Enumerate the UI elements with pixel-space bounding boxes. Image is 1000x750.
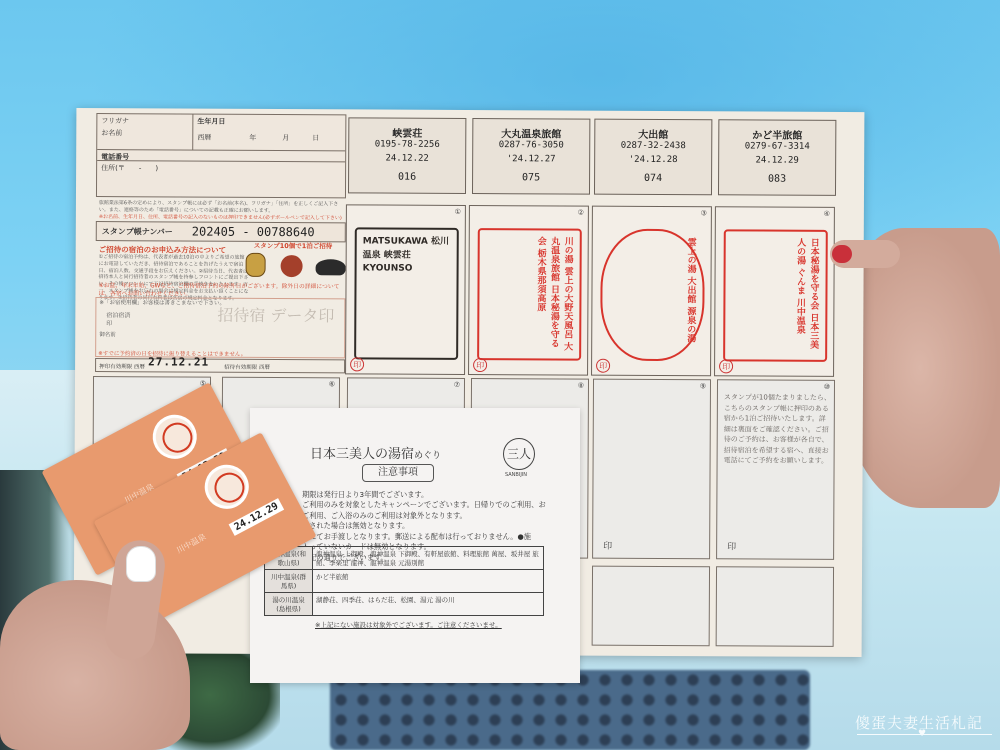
seal-label: 印: [603, 539, 612, 552]
address-field[interactable]: 住所(〒 - ): [97, 161, 345, 198]
stamp-impression: 雲上の湯 大出館 源泉の湯: [600, 229, 705, 362]
bijin-seal-icon: [145, 407, 205, 467]
decorated-nail: [126, 546, 156, 582]
stamp-slot-bottom-2: [716, 566, 834, 647]
inn-name: 大出館: [595, 126, 711, 142]
data-stamp-watermark: 招待宿 データ印: [217, 306, 334, 327]
inn-header-4: かど半旅館0279-67-331424.12.29083: [718, 119, 836, 196]
slot-number: ⑦: [454, 381, 460, 389]
inn-number: 016: [349, 171, 465, 183]
participating-inns-table: 龍神温泉(和歌山県)龍神温泉 上御殿、龍神温泉 下御殿、有軒屋旅館、料理旅館 萬…: [264, 546, 544, 616]
registration-notice: 旅館業法第6条の定めにより、スタンプ帳には必ず「お名前(本名)、フリガナ」「住所…: [99, 200, 345, 222]
coupon-label: 川中温泉: [175, 531, 208, 556]
inn-phone: 0287-76-3050: [473, 140, 589, 151]
expiry-date: 27.12.21: [148, 355, 209, 368]
inn-name: 大丸温泉旅館: [473, 125, 589, 141]
right-hand: [840, 228, 1000, 508]
inn-phone: 0279-67-3314: [719, 141, 835, 152]
inn-number: 083: [719, 173, 835, 185]
stamp-impression: MATSUKAWA 松川温泉 峡雲荘 KYOUNSO: [354, 227, 459, 360]
inn-number: 074: [595, 173, 711, 185]
registration-panel: フリガナ お名前 生年月日 西暦 年 月 日 電話番号 住所(〒 - ) 旅館業…: [95, 113, 346, 374]
seal-mark: 印: [350, 357, 364, 371]
onsen-area: 川中温泉(群馬県): [265, 570, 313, 593]
inn-header-3: 大出館0287-32-2438'24.12.28074: [594, 119, 712, 196]
stamp-slot-3: ③雲上の湯 大出館 源泉の湯印: [591, 206, 712, 377]
slot-number: ①: [455, 208, 461, 216]
slot-number: ⑥: [329, 380, 335, 388]
invitation-note: スタンプが10個たまりましたら、こちらのスタンプ帳に押印のある宿から1泊ご招待い…: [724, 392, 832, 466]
birthdate-field[interactable]: 西暦 年 月 日: [197, 133, 342, 144]
seal-label: 印: [727, 539, 736, 552]
slot-number: ⑨: [700, 382, 706, 390]
promo-icons: [246, 253, 346, 280]
stamp-date: '24.12.27: [473, 154, 589, 165]
stamp-date: 24.12.22: [349, 153, 465, 164]
stamp-slot-4: ④日本秘湯を守る会 日本三美人の湯 ぐんま 川中温泉印: [714, 206, 835, 377]
stamp-slot-bottom-1: [592, 566, 710, 647]
table-row: 湯の川温泉(島根県)湖静荘、四季荘、はらだ荘、松園、湯元 湯の川: [265, 593, 544, 616]
lantern-icon: [246, 253, 266, 277]
inn-header-2: 大丸温泉旅館0287-76-3050'24.12.27075: [472, 118, 590, 195]
notice-footer: ※上記にない施設は対象外でございます。ご注意くださいませ。: [315, 620, 502, 629]
birthdate-label: 生年月日: [197, 117, 225, 127]
slot-number: ②: [578, 209, 584, 217]
onsen-area: 湯の川温泉(島根県): [265, 593, 313, 616]
stamp-slot-9: ⑨印: [592, 379, 711, 560]
stamp-impression: 川の湯 雲上の大野天風呂 大丸温泉旅館 日本秘湯を守る会 栃木県那須高原: [477, 228, 582, 361]
form-divider: [192, 115, 193, 151]
temple-icon: [281, 255, 303, 277]
notice-title: 日本三美人の湯宿めぐり: [310, 443, 441, 462]
notice-line: 示された場合は無効となります。: [302, 521, 572, 531]
slot-number: ③: [701, 209, 707, 217]
stamp-impression: 日本秘湯を守る会 日本三美人の湯 ぐんま 川中温泉: [723, 229, 828, 362]
slot-number: ⑧: [578, 382, 584, 390]
seal-mark: 印: [596, 359, 610, 373]
stamp-date: '24.12.28: [595, 155, 711, 166]
sanbijin-logo-icon: 三人: [503, 438, 535, 470]
red-nail: [832, 245, 852, 263]
inn-list: 湖静荘、四季荘、はらだ荘、松園、湯元 湯の川: [313, 593, 544, 616]
inn-list: 龍神温泉 上御殿、龍神温泉 下御殿、有軒屋旅館、料理旅館 萬屋、坂井屋 旅館、季…: [313, 547, 544, 570]
promo-title: スタンプ10個で1泊ご招待: [254, 241, 333, 250]
table-row: 川中温泉(群馬県)かど半旅館: [265, 570, 544, 593]
stamp-slot-10: ⑩スタンプが10個たまりましたら、こちらのスタンプ帳に押印のある宿から1泊ご招待…: [716, 379, 835, 560]
inn-header-1: 峡雲荘0195-78-225624.12.22016: [348, 117, 466, 194]
stamp-slot-1: ①MATSUKAWA 松川温泉 峡雲荘 KYOUNSO印: [345, 204, 466, 375]
slot-number: ④: [824, 210, 830, 218]
logo-caption: SANBIJIN: [505, 472, 527, 478]
inn-list: かど半旅館: [313, 570, 544, 593]
notice-badge: 注意事項: [362, 464, 434, 482]
inn-phone: 0195-78-2256: [349, 139, 465, 150]
notice-line: 期限は発行日より3年間でございます。: [302, 490, 572, 500]
stamp-slot-2: ②川の湯 雲上の大野天風呂 大丸温泉旅館 日本秘湯を守る会 栃木県那須高原印: [468, 205, 589, 376]
heart-icon: ♥: [918, 729, 926, 739]
seal-mark: 印: [719, 359, 733, 373]
notice-line: ご利用のみを対象としたキャンペーンでございます。日帰りでのご利用、お: [302, 500, 572, 510]
expiry-row: 押印有効期限 西暦 27.12.21 招待有効期限 西暦: [95, 358, 345, 373]
inn-name: かど半旅館: [719, 126, 835, 142]
stamp-book-number: スタンプ帳ナンバー 202405 - 00788640: [96, 221, 346, 242]
bowl-icon: [316, 259, 346, 275]
bijin-seal-icon: [197, 457, 257, 517]
registration-form: フリガナ お名前 生年月日 西暦 年 月 日 電話番号 住所(〒 - ): [96, 113, 346, 198]
slot-number: ⑩: [824, 383, 830, 391]
inn-number: 075: [473, 172, 589, 184]
table-row: 龍神温泉(和歌山県)龍神温泉 上御殿、龍神温泉 下御殿、有軒屋旅館、料理旅館 萬…: [265, 547, 544, 570]
inn-phone: 0287-32-2438: [595, 141, 711, 152]
stamp-date: 24.12.29: [719, 155, 835, 166]
notice-line: 館にてお手渡しとなります。郵送による配布は行っておりません。●施: [302, 532, 572, 542]
seal-mark: 印: [473, 358, 487, 372]
notice-line: ご利用、ご入浴のみのご利用は対象外となります。: [302, 511, 572, 521]
inn-name: 峡雲荘: [349, 124, 465, 140]
